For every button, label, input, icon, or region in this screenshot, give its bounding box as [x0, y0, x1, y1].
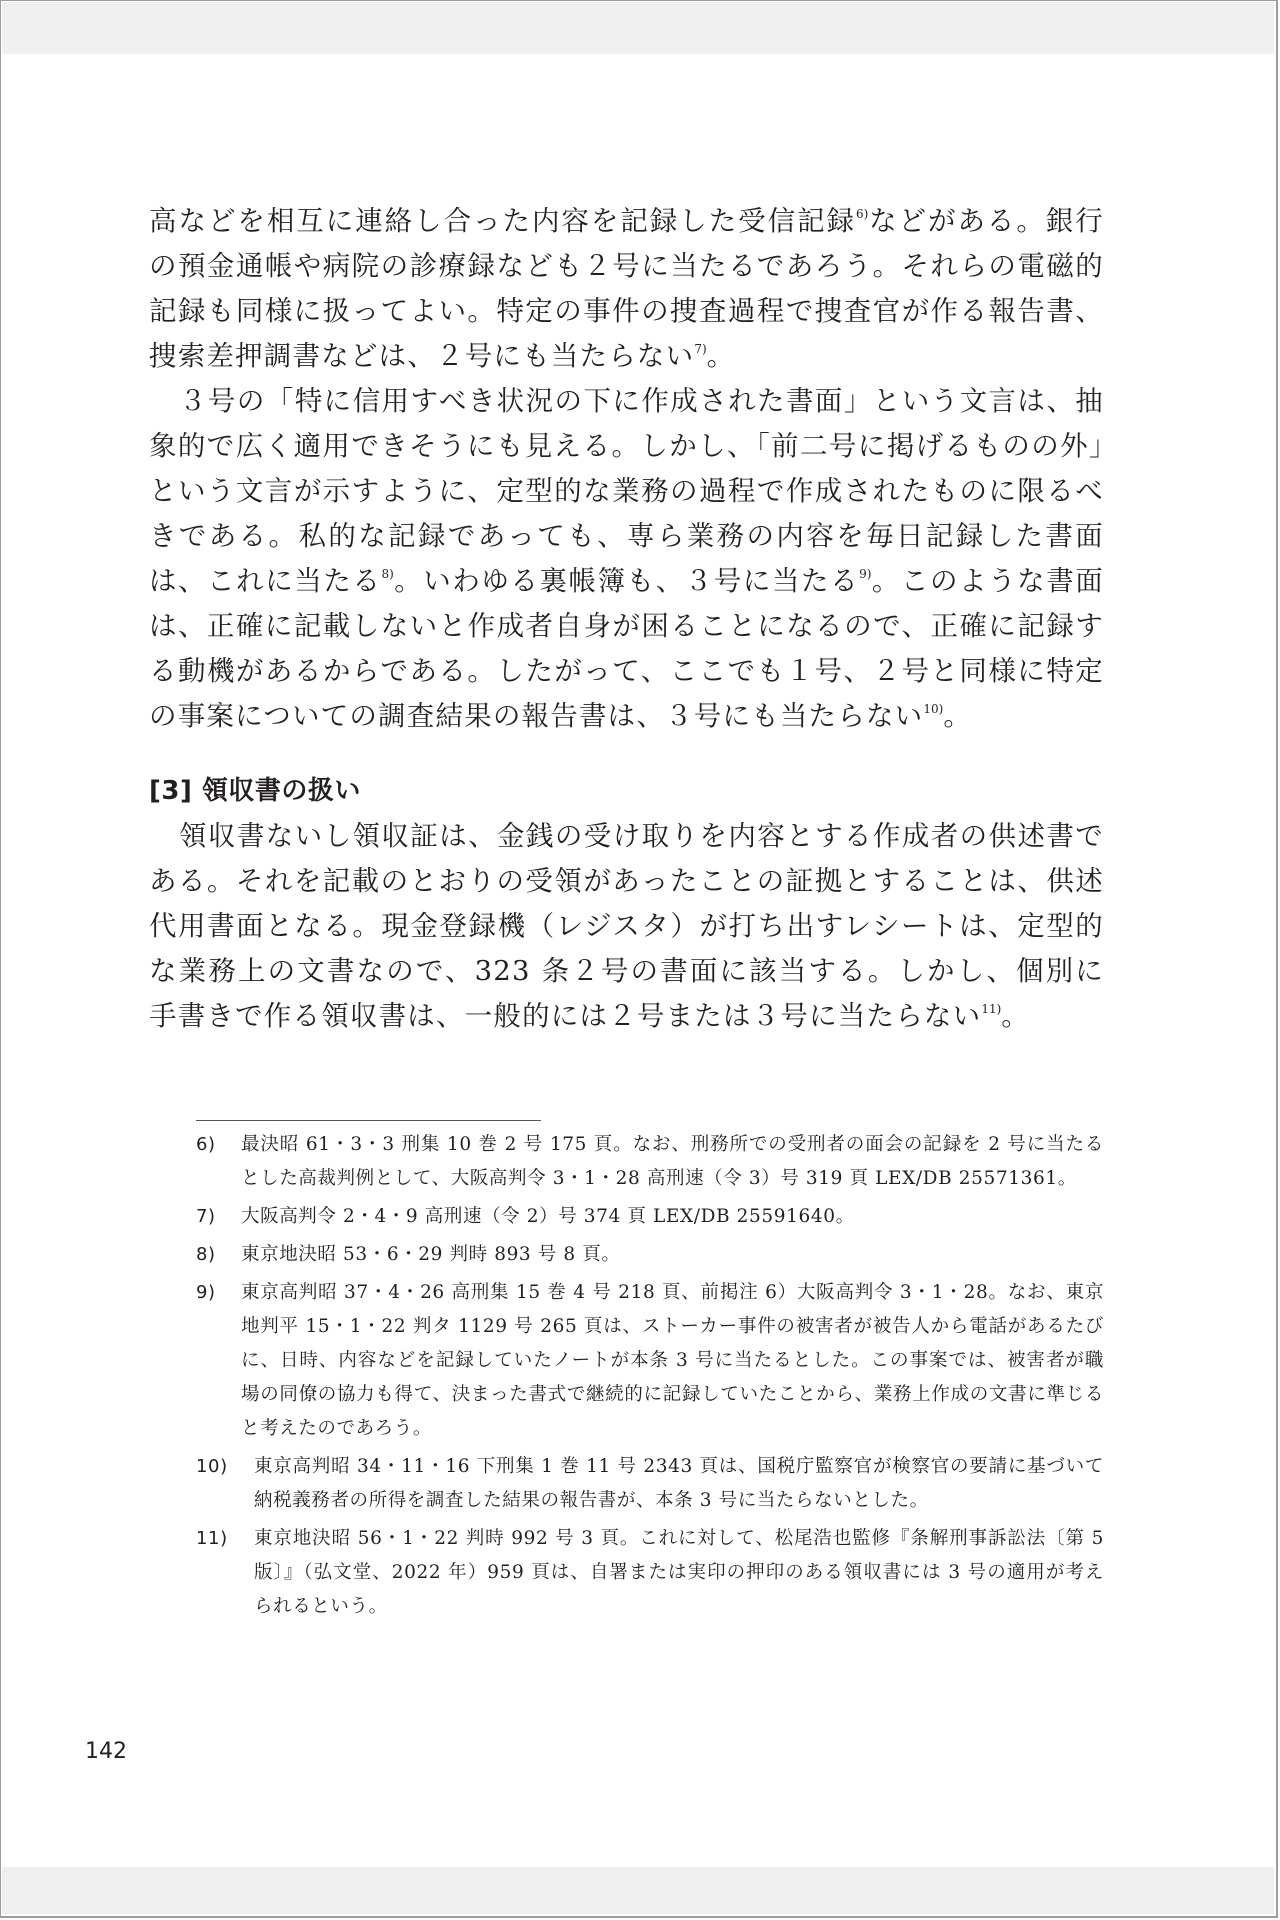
- paragraph-receipts: 領収書ないし領収証は、金銭の受け取りを内容とする作成者の供述書である。それを記載…: [149, 814, 1104, 1039]
- text-run: 高などを相互に連絡し合った内容を記録した受信記録: [149, 205, 856, 237]
- text-run: 領収書ないし領収証は、金銭の受け取りを内容とする作成者の供述書である。それを記載…: [149, 820, 1104, 1032]
- footnote-number: 9): [196, 1276, 241, 1446]
- section-heading: [3] 領収書の扱い: [149, 769, 1104, 814]
- footnote-text: 東京地決昭 53・6・29 判時 893 号 8 頁。: [241, 1238, 1104, 1272]
- footnote-9: 9) 東京高判昭 37・4・26 高刑集 15 巻 4 号 218 頁、前掲注 …: [196, 1276, 1104, 1446]
- footnote-ref-11[interactable]: 11): [981, 1002, 1001, 1016]
- body-text: 高などを相互に連絡し合った内容を記録した受信記録6)などがある。銀行の預金通帳や…: [149, 199, 1104, 1039]
- footnote-10: 10) 東京高判昭 34・11・16 下刑集 1 巻 11 号 2343 頁は、…: [196, 1450, 1104, 1518]
- footnote-11: 11) 東京地決昭 56・1・22 判時 992 号 3 頁。これに対して、松尾…: [196, 1522, 1104, 1624]
- footnote-text: 東京地決昭 56・1・22 判時 992 号 3 頁。これに対して、松尾浩也監修…: [254, 1522, 1104, 1624]
- footnote-text: 最決昭 61・3・3 刑集 10 巻 2 号 175 頁。なお、刑務所での受刑者…: [241, 1128, 1104, 1196]
- page-number: 142: [85, 1739, 127, 1764]
- footnote-ref-7[interactable]: 7): [694, 342, 706, 356]
- paragraph-item-3: ３号の「特に信用すべき状況の下に作成された書面」という文言は、抽象的で広く適用で…: [149, 379, 1104, 739]
- footnote-7: 7) 大阪高判令 2・4・9 高刑速（令 2）号 374 頁 LEX/DB 25…: [196, 1200, 1104, 1234]
- footnote-number: 6): [196, 1128, 241, 1196]
- page-frame: 高などを相互に連絡し合った内容を記録した受信記録6)などがある。銀行の預金通帳や…: [0, 0, 1278, 1918]
- text-run: 。: [1001, 1000, 1030, 1032]
- footnote-text: 東京高判昭 34・11・16 下刑集 1 巻 11 号 2343 頁は、国税庁監…: [254, 1450, 1104, 1518]
- footnote-text: 大阪高判令 2・4・9 高刑速（令 2）号 374 頁 LEX/DB 25591…: [241, 1200, 1104, 1234]
- text-run: 。: [707, 340, 736, 372]
- footnote-number: 7): [196, 1200, 241, 1234]
- footnote-8: 8) 東京地決昭 53・6・29 判時 893 号 8 頁。: [196, 1238, 1104, 1272]
- footnote-number: 8): [196, 1238, 241, 1272]
- footnote-ref-6[interactable]: 6): [856, 207, 868, 221]
- top-margin-band: [2, 2, 1274, 54]
- text-run: 。いわゆる裏帳簿も、３号に当たる: [394, 565, 859, 597]
- paragraph-continued: 高などを相互に連絡し合った内容を記録した受信記録6)などがある。銀行の預金通帳や…: [149, 199, 1104, 379]
- footnote-text: 東京高判昭 37・4・26 高刑集 15 巻 4 号 218 頁、前掲注 6）大…: [241, 1276, 1104, 1446]
- footnote-divider: [196, 1120, 541, 1121]
- footnote-ref-8[interactable]: 8): [382, 567, 394, 581]
- footnotes: 6) 最決昭 61・3・3 刑集 10 巻 2 号 175 頁。なお、刑務所での…: [196, 1128, 1104, 1624]
- footnote-number: 10): [196, 1450, 254, 1518]
- footnote-6: 6) 最決昭 61・3・3 刑集 10 巻 2 号 175 頁。なお、刑務所での…: [196, 1128, 1104, 1196]
- bottom-margin-band: [2, 1867, 1274, 1914]
- footnote-number: 11): [196, 1522, 254, 1624]
- text-run: 。: [943, 700, 972, 732]
- footnote-ref-10[interactable]: 10): [923, 702, 943, 716]
- footnote-ref-9[interactable]: 9): [859, 567, 871, 581]
